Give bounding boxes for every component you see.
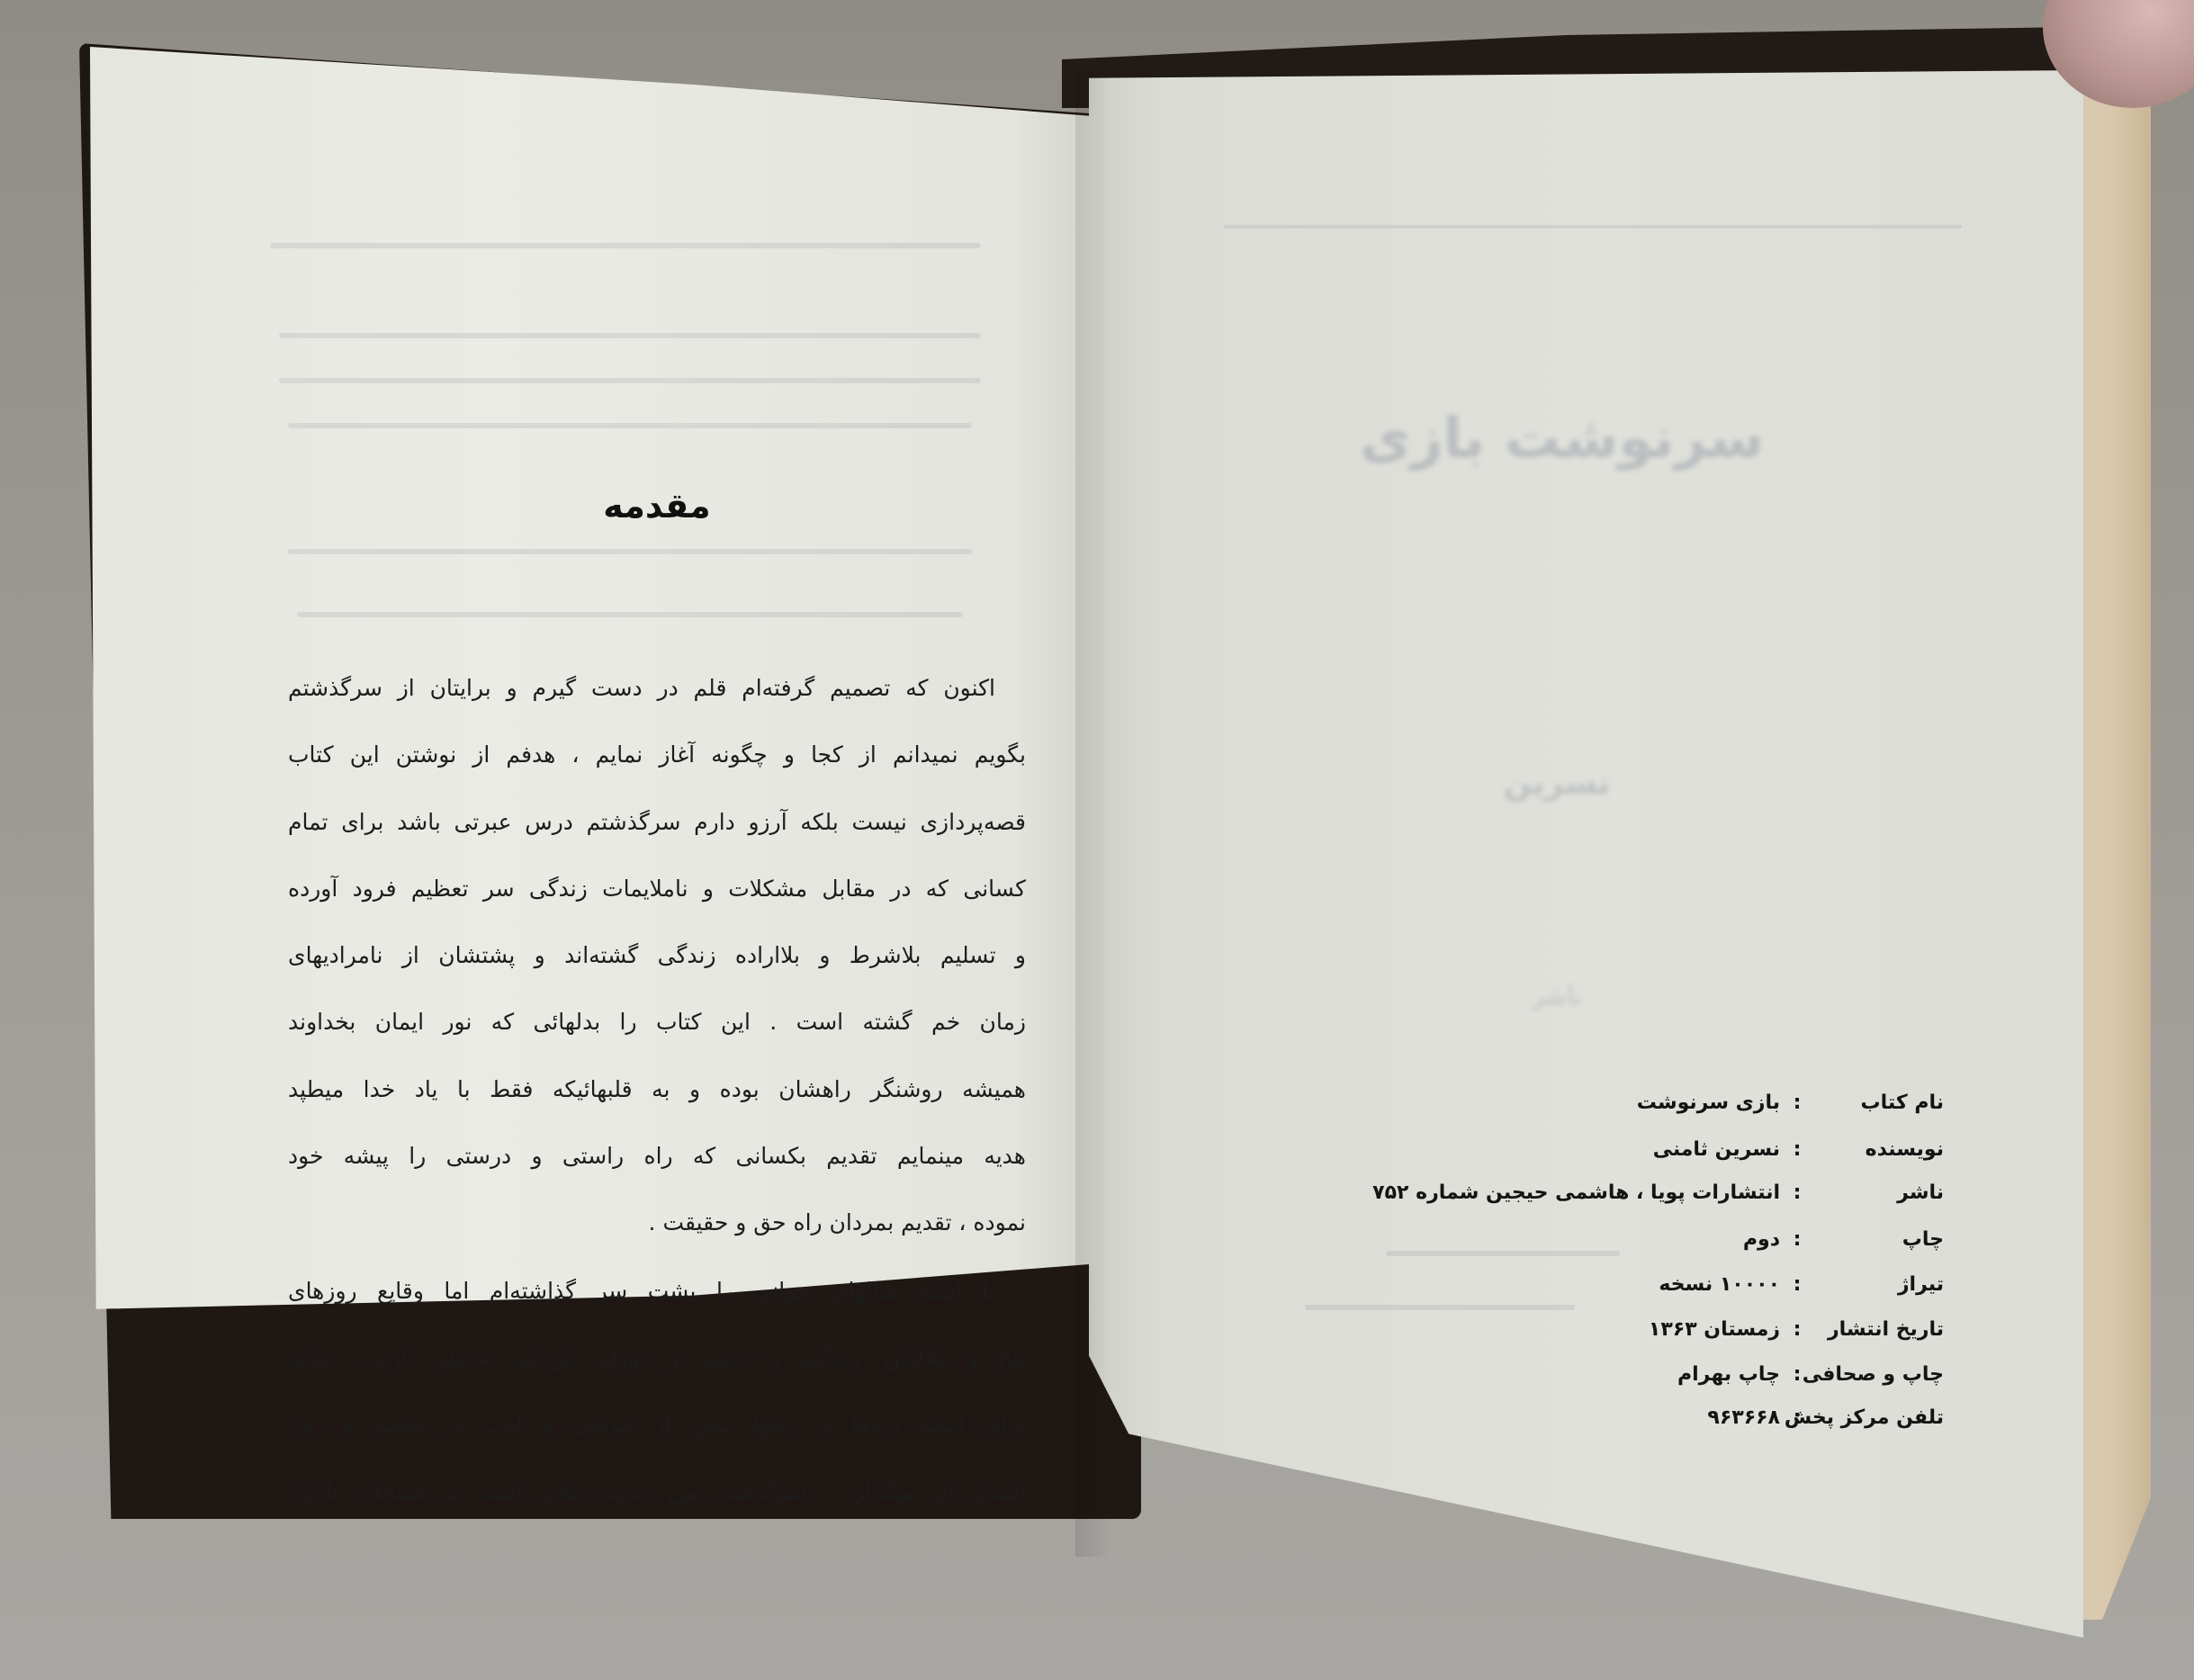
text-line: بگویم نمیدانم از کجا و چگونه آغاز نمایم … [288,740,1026,770]
colophon-value: چاپ بهرام [1677,1363,1785,1386]
text-line: تلخ و ملال‌آور زندگیم را حتی از دوران کو… [288,1343,1026,1373]
show-through-line [288,549,972,554]
book-gutter-shadow [1075,72,1111,1557]
show-through-line [1386,1251,1620,1256]
colophon-label: تیراژ [1809,1273,1944,1296]
colophon-row-phone: تلفن مرکز پخش : ۹۶۳۶۶۸ [1707,1399,1944,1435]
colophon-row-title: نام کتاب : بازی سرنوشت [1637,1084,1944,1120]
show-through-line [297,612,963,617]
colophon-value: انتشارات پویا ، هاشمی حیجین شماره ۷۵۲ [1372,1181,1785,1204]
show-through-line [270,243,981,248]
text-line: اکنون که تصمیم گرفته‌ام قلم در دست گیرم … [288,673,1026,704]
text-line: انسان اثر میگذارد . سرگذشت من حدیث تلخی … [288,1477,1026,1507]
colophon-label: ناشر [1809,1181,1944,1204]
faded-subtitle: ناشر [1476,981,1638,1011]
colophon-label: نویسنده [1809,1138,1944,1161]
show-through-line [288,423,972,428]
colophon-value: بازی سرنوشت [1637,1092,1785,1114]
colophon-value: زمستان ۱۳۶۳ [1649,1318,1785,1341]
text-line: کسانی که در مقابل مشکلات و ناملایمات زند… [288,874,1026,904]
text-line: برای اینکه دردها و رنجها بیش از خوشی و ل… [288,1409,1026,1440]
colophon-row-publish-date: تاریخ انتشار : زمستان ۱۳۶۳ [1649,1311,1944,1347]
show-through-line [1305,1305,1575,1310]
colophon-label: تاریخ انتشار [1809,1318,1944,1341]
colophon-label: تلفن مرکز پخش [1809,1406,1944,1429]
text-line: همیشه روشنگر راهشان بوده و به قلبهائیکه … [288,1074,1026,1105]
colon-separator: : [1785,1228,1809,1251]
photo-scene: مقدمه اکنون که تصمیم گرفته‌ام قلم در دست… [0,0,2194,1680]
colon-separator: : [1785,1318,1809,1341]
colophon-row-edition: چاپ : دوم [1743,1221,1944,1257]
page-heading: مقدمه [540,486,774,526]
colon-separator: : [1785,1363,1809,1386]
colophon-label: چاپ [1809,1228,1944,1251]
colon-separator: : [1785,1092,1809,1114]
colophon-value: ۱۰۰۰۰ نسخه [1659,1273,1785,1296]
colon-separator: : [1785,1138,1809,1161]
show-through-line [279,378,981,383]
text-line: قصه‌پردازی نیست بلکه آرزو دارم سرگذشتم د… [288,807,1026,838]
colophon-row-print-run: تیراژ : ۱۰۰۰۰ نسخه [1659,1266,1944,1302]
colon-separator: : [1785,1273,1809,1296]
colophon-label: چاپ و صحافی [1809,1363,1944,1386]
faded-book-title: سرنوشت بازی [1296,405,1764,471]
show-through-rule [1224,225,1962,229]
text-line: هدیه مینمایم تقدیم بکسانی که راه راستی و… [288,1141,1026,1172]
colophon-label: نام کتاب [1809,1092,1944,1114]
text-line: زمان خم گشته است . این کتاب را بدلهائی ک… [288,1007,1026,1038]
colon-separator: : [1785,1406,1809,1429]
text-line: و تسلیم بلاشرط و بلااراده زندگی گشته‌اند… [288,940,1026,971]
colophon-value: دوم [1743,1228,1785,1251]
show-through-line [279,333,981,338]
colophon-row-printing: چاپ و صحافی : چاپ بهرام [1677,1356,1944,1392]
colon-separator: : [1785,1181,1809,1204]
text-line: با اینکه سالهای جوانی را پشت سر گذاشته‌ا… [288,1276,1026,1307]
faded-author-name: نسرین [1467,765,1647,802]
colophon-row-publisher: ناشر : انتشارات پویا ، هاشمی حیجین شماره… [1372,1174,1944,1210]
colophon-row-author: نویسنده : نسرین ثامنی [1653,1131,1944,1167]
colophon-value: نسرین ثامنی [1653,1138,1785,1161]
colophon-value: ۹۶۳۶۶۸ [1707,1406,1785,1429]
text-line: نموده ، تقدیم بمردان راه حق و حقیقت . [288,1208,1026,1238]
